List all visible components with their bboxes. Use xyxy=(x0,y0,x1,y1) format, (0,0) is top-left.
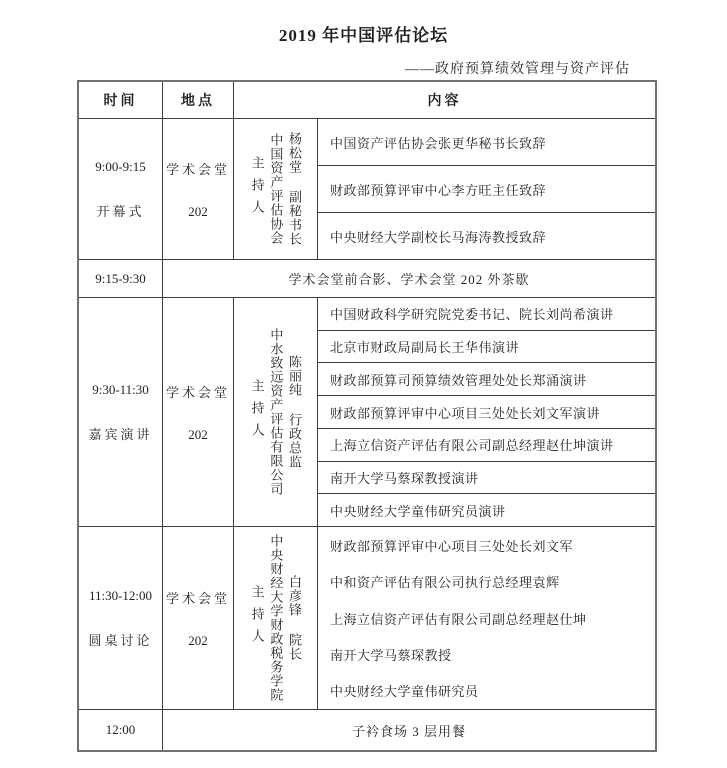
host-cell: 主持人 中央财经大学财政税务学院 白彦锋 院长 xyxy=(234,527,318,709)
location-cell: 学术会堂 202 xyxy=(163,298,234,526)
agenda-item: 上海立信资产评估有限公司副总经理赵仕坤 xyxy=(318,600,655,636)
agenda-item: 财政部预算评审中心李方旺主任致辞 xyxy=(318,166,655,213)
session-label: 嘉宾演讲 xyxy=(88,424,152,443)
host-organization: 中央财经大学财政税务学院 xyxy=(269,534,283,702)
content-items: 财政部预算评审中心项目三处处长刘文军 中和资产评估有限公司执行总经理袁辉 上海立… xyxy=(318,527,655,709)
host-organization: 中水致远资产评估有限公司 xyxy=(269,328,283,496)
merged-content-cell: 学术会堂前合影、学术会堂 202 外茶歇 xyxy=(163,260,655,297)
session-label: 开幕式 xyxy=(96,201,144,220)
agenda-item: 中央财经大学童伟研究员 xyxy=(318,673,655,709)
host-role: 主持人 xyxy=(250,156,264,222)
agenda-item: 南开大学马蔡琛教授演讲 xyxy=(318,462,655,495)
host-person: 白彦锋 院长 xyxy=(287,575,301,661)
header-content: 内容 xyxy=(234,82,655,118)
time-cell: 9:30-11:30 嘉宾演讲 xyxy=(79,298,163,526)
agenda-item: 财政部预算评审中心项目三处处长刘文军演讲 xyxy=(318,396,655,429)
location-cell: 学术会堂 202 xyxy=(163,119,234,259)
host-person: 陈丽纯 行政总监 xyxy=(287,355,301,469)
time-value: 9:30-11:30 xyxy=(92,382,149,398)
agenda-item: 中和资产评估有限公司执行总经理袁辉 xyxy=(318,563,655,599)
time-cell: 11:30-12:00 圆桌讨论 xyxy=(79,527,163,709)
page-title: 2019 年中国评估论坛 xyxy=(0,21,727,46)
time-cell: 12:00 xyxy=(79,710,163,750)
host-role: 主持人 xyxy=(250,585,264,651)
agenda-item: 中国财政科学研究院党委书记、院长刘尚希演讲 xyxy=(318,298,655,331)
time-value: 11:30-12:00 xyxy=(89,588,152,604)
agenda-item: 上海立信资产评估有限公司副总经理赵仕坤演讲 xyxy=(318,429,655,462)
table-row-speeches: 9:30-11:30 嘉宾演讲 学术会堂 202 主持人 中水致远资产评估有限公… xyxy=(79,298,655,527)
session-label: 圆桌讨论 xyxy=(88,630,152,649)
content-items: 中国财政科学研究院党委书记、院长刘尚希演讲 北京市财政局副局长王华伟演讲 财政部… xyxy=(318,298,655,526)
table-header-row: 时间 地点 内容 xyxy=(79,82,655,119)
agenda-item: 北京市财政局副局长王华伟演讲 xyxy=(318,331,655,364)
time-value: 9:15-9:30 xyxy=(95,271,146,287)
table-row-roundtable: 11:30-12:00 圆桌讨论 学术会堂 202 主持人 中央财经大学财政税务… xyxy=(79,527,655,710)
host-person: 杨松堂 副秘书长 xyxy=(287,132,301,246)
location-hall: 学术会堂 xyxy=(166,588,230,607)
header-location: 地点 xyxy=(163,82,234,118)
agenda-item: 财政部预算评审中心项目三处处长刘文军 xyxy=(318,527,655,563)
location-room: 202 xyxy=(188,427,208,443)
host-organization: 中国资产评估协会 xyxy=(269,133,283,245)
header-time: 时间 xyxy=(79,82,163,118)
time-cell: 9:15-9:30 xyxy=(79,260,163,297)
agenda-item: 南开大学马蔡琛教授 xyxy=(318,636,655,672)
agenda-item: 财政部预算司预算绩效管理处处长郑涌演讲 xyxy=(318,363,655,396)
content-items: 中国资产评估协会张更华秘书长致辞 财政部预算评审中心李方旺主任致辞 中央财经大学… xyxy=(318,119,655,259)
table-row-teabreak: 9:15-9:30 学术会堂前合影、学术会堂 202 外茶歇 xyxy=(79,260,655,298)
agenda-item: 中国资产评估协会张更华秘书长致辞 xyxy=(318,119,655,166)
time-value: 9:00-9:15 xyxy=(95,159,146,175)
page-subtitle: ——政府预算绩效管理与资产评估 xyxy=(0,58,630,78)
time-cell: 9:00-9:15 开幕式 xyxy=(79,119,163,259)
host-cell: 主持人 中国资产评估协会 杨松堂 副秘书长 xyxy=(234,119,318,259)
table-row-lunch: 12:00 子衿食场 3 层用餐 xyxy=(79,710,655,750)
location-room: 202 xyxy=(188,204,208,220)
location-hall: 学术会堂 xyxy=(166,159,230,178)
time-value: 12:00 xyxy=(106,722,136,738)
table-row-opening: 9:00-9:15 开幕式 学术会堂 202 主持人 中国资产评估协会 杨松堂 … xyxy=(79,119,655,260)
agenda-item: 中央财经大学副校长马海涛教授致辞 xyxy=(318,213,655,259)
schedule-table: 时间 地点 内容 9:00-9:15 开幕式 学术会堂 202 主持人 中国资产… xyxy=(77,80,657,752)
merged-content-cell: 子衿食场 3 层用餐 xyxy=(163,710,655,750)
location-cell: 学术会堂 202 xyxy=(163,527,234,709)
host-cell: 主持人 中水致远资产评估有限公司 陈丽纯 行政总监 xyxy=(234,298,318,526)
location-room: 202 xyxy=(188,633,208,649)
agenda-item: 中央财经大学童伟研究员演讲 xyxy=(318,494,655,526)
location-hall: 学术会堂 xyxy=(166,382,230,401)
host-role: 主持人 xyxy=(250,379,264,445)
